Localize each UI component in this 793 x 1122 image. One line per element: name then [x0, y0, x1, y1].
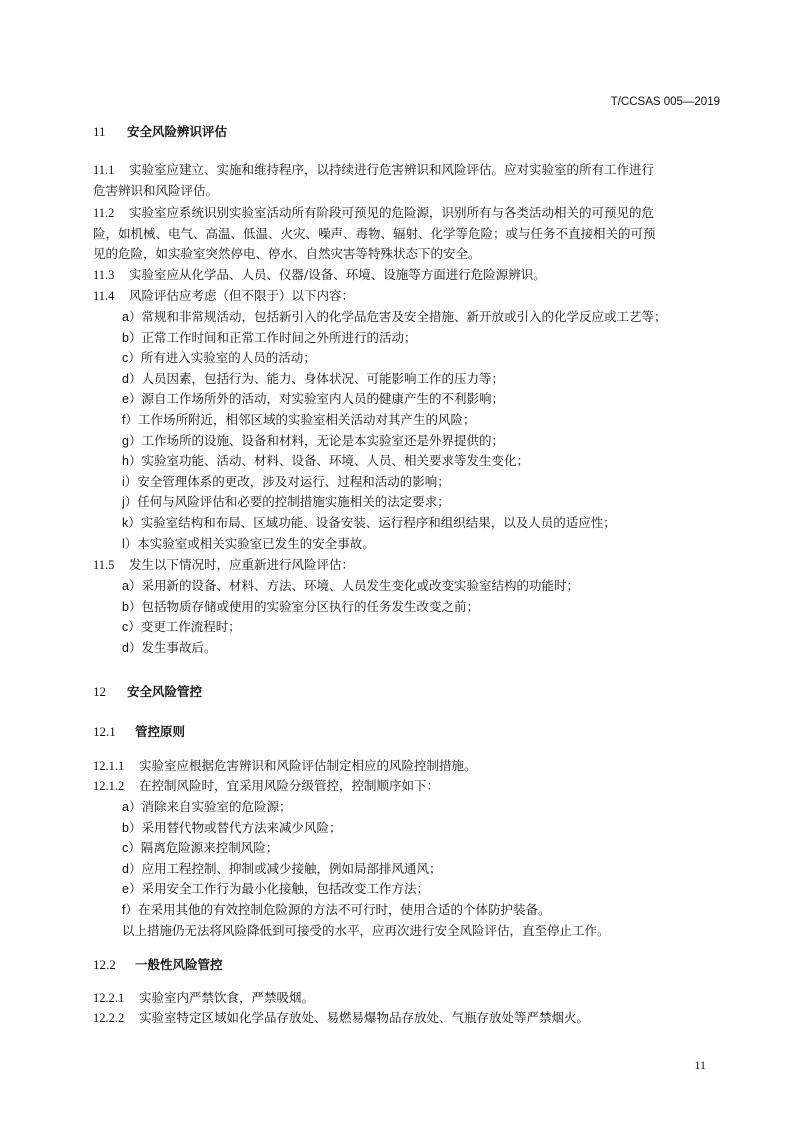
section-heading-11: 11安全风险辨识评估 — [93, 122, 227, 140]
list-item: d）发生事故后。 — [122, 638, 579, 659]
list-item: d）人员因素，包括行为、能力、身体状况、可能影响工作的压力等； — [122, 369, 666, 390]
list-item: i）安全管理体系的更改，涉及对运行、过程和活动的影响； — [122, 472, 666, 493]
clause-text-continued: 险，如机械、电气、高温、低温、火灾、噪声、毒物、辐射、化学等危险；或与任务不直接… — [93, 224, 656, 245]
section-title: 安全风险辨识评估 — [127, 124, 227, 139]
section-number: 11 — [93, 124, 127, 140]
list-item: j）任何与风险评估和必要的控制措施实施相关的法定要求； — [122, 492, 666, 513]
clause-12-1-2: 12.1.2在控制风险时，宜采用风险分级管控，控制顺序如下： — [93, 776, 439, 797]
clause-text: 实验室特定区域如化学品存放处、易燃易爆物品存放处、气瓶存放处等严禁烟火。 — [139, 1010, 589, 1025]
clause-11-5: 11.5发生以下情况时，应重新进行风险评估： — [93, 555, 354, 576]
list-item: b）采用替代物或替代方法来减少风险； — [122, 818, 610, 839]
clause-number: 12.1.2 — [93, 776, 139, 797]
document-id: T/CCSAS 005—2019 — [611, 96, 720, 108]
clause-11-3: 11.3实验室应从化学品、人员、仪器/设备、环境、设施等方面进行危险源辨识。 — [93, 265, 546, 286]
clause-11-4-list: a）常规和非常规活动，包括新引入的化学品危害及安全措施、新开放或引入的化学反应或… — [122, 307, 666, 554]
clause-number: 11.2 — [93, 203, 129, 224]
clause-text: 实验室内严禁饮食，严禁吸烟。 — [139, 990, 314, 1005]
list-item: d）应用工程控制、抑制或减少接触，例如局部排风通风； — [122, 859, 610, 880]
subsection-title: 管控原则 — [135, 724, 185, 739]
clause-number: 12.2.1 — [93, 988, 139, 1009]
section-heading-12: 12安全风险管控 — [93, 682, 202, 700]
clause-12-2-2: 12.2.2实验室特定区域如化学品存放处、易燃易爆物品存放处、气瓶存放处等严禁烟… — [93, 1008, 589, 1029]
clause-text: 风险评估应考虑（但不限于）以下内容： — [129, 288, 354, 303]
clause-text-continued: 见的危险，如实验室突然停电、停水、自然灾害等特殊状态下的安全。 — [93, 244, 656, 265]
list-item: a）常规和非常规活动，包括新引入的化学品危害及安全措施、新开放或引入的化学反应或… — [122, 307, 666, 328]
list-item: b）正常工作时间和正常工作时间之外所进行的活动； — [122, 328, 666, 349]
subsection-title: 一般性风险管控 — [135, 957, 223, 972]
clause-number: 11.4 — [93, 286, 129, 307]
list-item: b）包括物质存储或使用的实验室分区执行的任务发生改变之前； — [122, 597, 579, 618]
list-item: a）消除来自实验室的危险源； — [122, 797, 610, 818]
section-title: 安全风险管控 — [127, 684, 202, 699]
clause-number: 11.3 — [93, 265, 129, 286]
list-item: e）源自工作场所外的活动，对实验室内人员的健康产生的不利影响； — [122, 389, 666, 410]
clause-text: 实验室应建立、实施和维持程序，以持续进行危害辨识和风险评估。应对实验室的所有工作… — [129, 162, 654, 177]
list-item: e）采用安全工作行为最小化接触，包括改变工作方法； — [122, 879, 610, 900]
list-item: c）隔离危险源来控制风险； — [122, 838, 610, 859]
subsection-heading-12-1: 12.1管控原则 — [93, 722, 185, 740]
list-item: f）在采用其他的有效控制危险源的方法不可行时，使用合适的个体防护装备。 — [122, 900, 610, 921]
clause-number: 11.1 — [93, 160, 129, 181]
clause-number: 11.5 — [93, 555, 129, 576]
list-item: h）实验室功能、活动、材料、设备、环境、人员、相关要求等发生变化； — [122, 451, 666, 472]
list-item: k）实验室结构和布局、区域功能、设备安装、运行程序和组织结果，以及人员的适应性； — [122, 513, 666, 534]
section-number: 12 — [93, 684, 127, 700]
list-item: c）所有进入实验室的人员的活动； — [122, 348, 666, 369]
list-item: g）工作场所的设施、设备和材料，无论是本实验室还是外界提供的； — [122, 431, 666, 452]
clause-number: 12.1.1 — [93, 756, 139, 777]
clause-12-1-2-list: a）消除来自实验室的危险源； b）采用替代物或替代方法来减少风险； c）隔离危险… — [122, 797, 610, 941]
closing-paragraph: 以上措施仍无法将风险降低到可接受的水平，应再次进行安全风险评估，直至停止工作。 — [122, 921, 610, 942]
clause-number: 12.2.2 — [93, 1008, 139, 1029]
clause-11-1: 11.1实验室应建立、实施和维持程序，以持续进行危害辨识和风险评估。应对实验室的… — [93, 160, 654, 201]
list-item: c）变更工作流程时； — [122, 617, 579, 638]
clause-text: 实验室应系统识别实验室活动所有阶段可预见的危险源，识别所有与各类活动相关的可预见… — [129, 205, 654, 220]
clause-text: 发生以下情况时，应重新进行风险评估： — [129, 557, 354, 572]
clause-11-5-list: a）采用新的设备、材料、方法、环境、人员发生变化或改变实验室结构的功能时； b）… — [122, 576, 579, 658]
clause-text: 实验室应根据危害辨识和风险评估制定相应的风险控制措施。 — [139, 758, 477, 773]
clause-12-1-1: 12.1.1实验室应根据危害辨识和风险评估制定相应的风险控制措施。 — [93, 756, 477, 777]
clause-11-4: 11.4风险评估应考虑（但不限于）以下内容： — [93, 286, 354, 307]
clause-text: 在控制风险时，宜采用风险分级管控，控制顺序如下： — [139, 778, 439, 793]
page-number: 11 — [694, 1058, 706, 1073]
list-item: a）采用新的设备、材料、方法、环境、人员发生变化或改变实验室结构的功能时； — [122, 576, 579, 597]
clause-11-2: 11.2实验室应系统识别实验室活动所有阶段可预见的危险源，识别所有与各类活动相关… — [93, 203, 656, 265]
clause-text: 实验室应从化学品、人员、仪器/设备、环境、设施等方面进行危险源辨识。 — [129, 267, 546, 282]
clause-12-2-1: 12.2.1实验室内严禁饮食，严禁吸烟。 — [93, 988, 314, 1009]
subsection-heading-12-2: 12.2一般性风险管控 — [93, 955, 223, 973]
list-item: l）本实验室或相关实验室已发生的安全事故。 — [122, 534, 666, 555]
list-item: f）工作场所附近，相邻区域的实验室相关活动对其产生的风险； — [122, 410, 666, 431]
subsection-number: 12.1 — [93, 724, 135, 740]
clause-text-continued: 危害辨识和风险评估。 — [93, 181, 654, 202]
subsection-number: 12.2 — [93, 957, 135, 973]
